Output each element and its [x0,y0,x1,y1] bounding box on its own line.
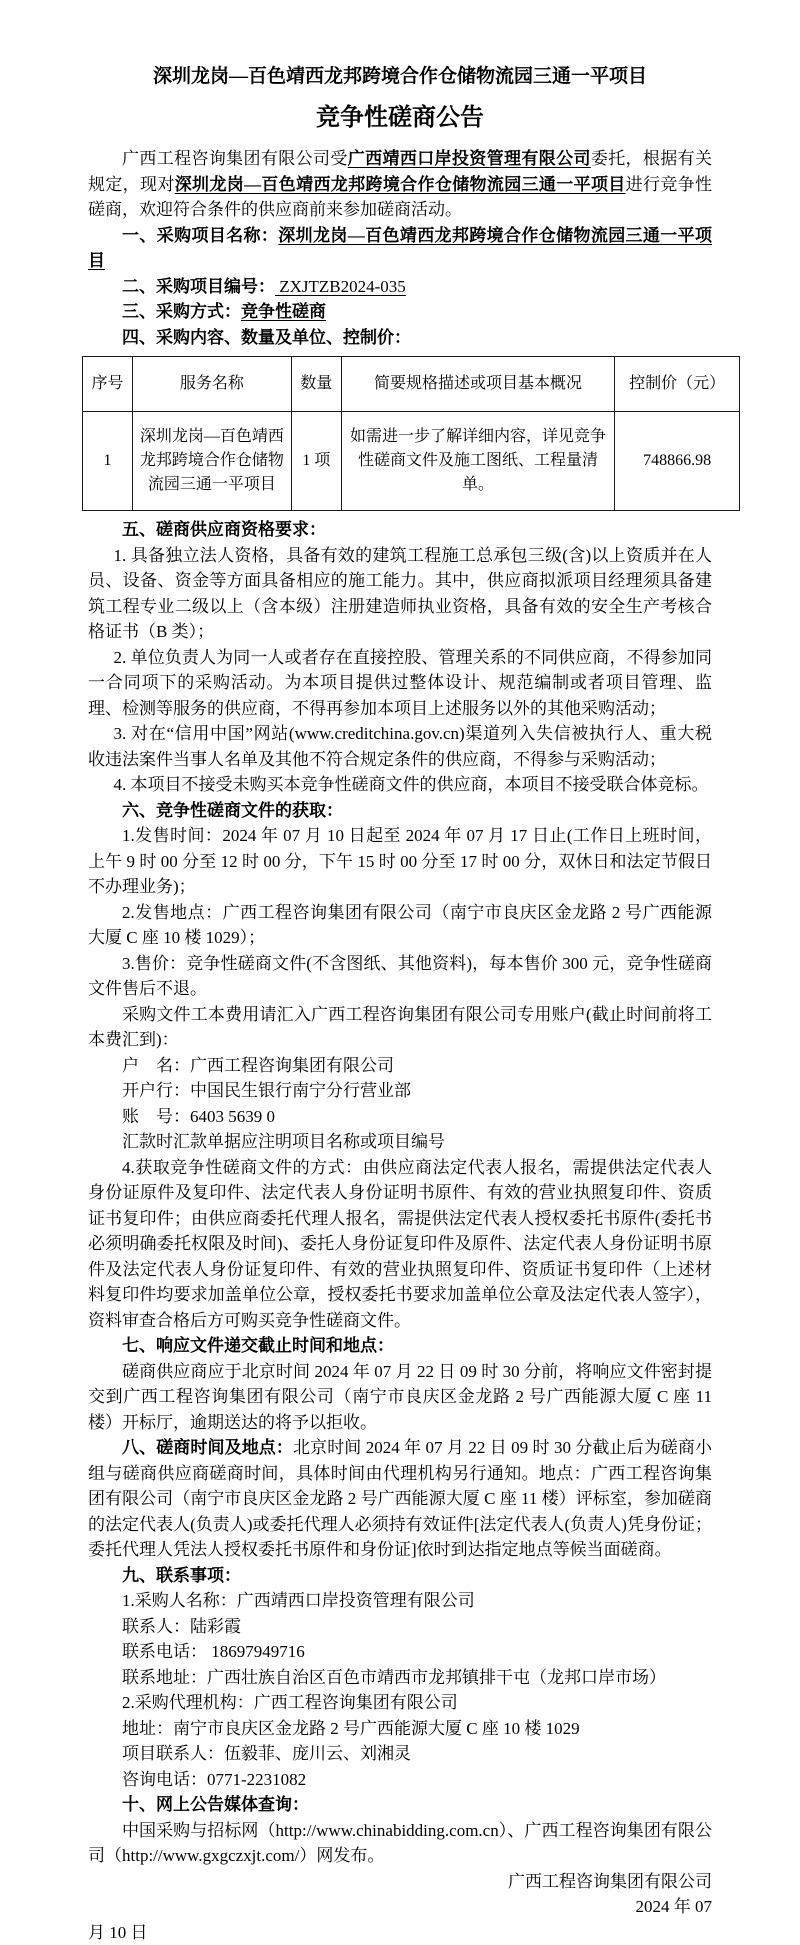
section-2-value: ZXJTZB2024-035 [275,277,406,296]
col-header-service-name: 服务名称 [132,357,291,412]
section-6-obtain-method: 4.获取竞争性磋商文件的方式：由供应商法定代表人报名，需提供法定代表人身份证原件… [88,1155,712,1334]
intro-paragraph: 广西工程咨询集团有限公司受广西靖西口岸投资管理有限公司委托，根据有关规定，现对深… [88,146,712,223]
contact-address-line: 联系地址：广西壮族自治区百色市靖西市龙邦镇排干屯（龙邦口岸市场） [88,1665,712,1691]
section-6-sale-place: 2.发售地点：广西工程咨询集团有限公司（南宁市良庆区金龙路 2 号广西能源大厦 … [88,900,712,951]
section-6-fee-note: 采购文件工本费用请汇入广西工程咨询集团有限公司专用账户(截止时间前将工本费汇到)… [88,1002,712,1053]
bank-name: 开户行：中国民生银行南宁分行营业部 [88,1078,712,1104]
col-header-seq: 序号 [83,357,133,412]
intro-project-name: 深圳龙岗—百色靖西龙邦跨境合作仓储物流园三通一平项目 [175,175,626,194]
bank-account-number: 账 号：6403 5639 0 [88,1104,712,1130]
section-2-project-number: 二、采购项目编号： ZXJTZB2024-035 [88,274,712,300]
cell-seq: 1 [83,412,133,511]
bank-account-name: 户 名：广西工程咨询集团有限公司 [88,1053,712,1079]
doc-title-project: 深圳龙岗—百色靖西龙邦跨境合作仓储物流园三通一平项目 [88,62,712,92]
table-row: 1 深圳龙岗—百色靖西龙邦跨境合作仓储物流园三通一平项目 1 项 如需进一步了解… [83,412,740,511]
col-header-control-price: 控制价（元） [615,357,740,412]
section-3-label: 三、采购方式： [122,302,241,321]
contact-phone-line: 联系电话： 18697949716 [88,1639,712,1665]
section-5-item-3: 3. 对在“信用中国”网站(www.creditchina.gov.cn)渠道列… [88,721,712,772]
section-5-heading: 五、磋商供应商资格要求： [88,517,712,543]
footer-date-bottom: 月 10 日 [88,1920,712,1945]
announcement-document: 深圳龙岗—百色靖西龙邦跨境合作仓储物流园三通一平项目 竞争性磋商公告 广西工程咨… [0,0,800,1762]
intro-agency-text: 广西工程咨询集团有限公司受 [122,149,348,168]
section-5-item-4: 4. 本项目不接受未购买本竞争性磋商文件的供应商，本项目不接受联合体竞标。 [88,772,712,798]
section-3-value: 竞争性磋商 [241,302,326,321]
section-1-label: 一、采购项目名称： [122,226,278,245]
section-10-heading: 十、网上公告媒体查询： [88,1792,712,1818]
agency-address-line: 地址：南宁市良庆区金龙路 2 号广西能源大厦 C 座 10 楼 1029 [88,1716,712,1742]
footer-date-top: 2024 年 07 [88,1894,712,1920]
section-8-heading: 八、磋商时间及地点： [122,1438,293,1457]
section-6-price: 3.售价：竞争性磋商文件(不含图纸、其他资料)，每本售价 300 元，竞争性磋商… [88,951,712,1002]
section-6-sale-time: 1.发售时间：2024 年 07 月 10 日起至 2024 年 07 月 17… [88,823,712,900]
section-2-label: 二、采购项目编号： [122,277,275,296]
section-7-heading: 七、响应文件递交截止时间和地点： [88,1333,712,1359]
project-contacts-line: 项目联系人：伍毅菲、庞川云、刘湘灵 [88,1741,712,1767]
section-5-item-2: 2. 单位负责人为同一人或者存在直接控股、管理关系的不同供应商，不得参加同一合同… [88,645,712,722]
section-4-heading: 四、采购内容、数量及单位、控制价： [88,325,712,351]
remit-note: 汇款时汇款单据应注明项目名称或项目编号 [88,1129,712,1155]
section-5-item-1: 1. 具备独立法人资格，具备有效的建筑工程施工总承包三级(含)以上资质并在人员、… [88,543,712,645]
cell-service-name: 深圳龙岗—百色靖西龙邦跨境合作仓储物流园三通一平项目 [132,412,291,511]
cell-control-price: 748866.98 [615,412,740,511]
cell-quantity: 1 项 [291,412,341,511]
footer-organization: 广西工程咨询集团有限公司 [88,1869,712,1895]
doc-title-announcement: 竞争性磋商公告 [88,98,712,138]
intro-client-name: 广西靖西口岸投资管理有限公司 [348,149,591,168]
col-header-description: 简要规格描述或项目基本概况 [341,357,614,412]
section-10-body: 中国采购与招标网（http://www.chinabidding.com.cn）… [88,1818,712,1869]
inquiry-phone-line: 咨询电话：0771-2231082 [88,1767,712,1793]
section-3-procurement-method: 三、采购方式：竞争性磋商 [88,299,712,325]
cell-description: 如需进一步了解详细内容，详见竞争性磋商文件及施工图纸、工程量清单。 [341,412,614,511]
section-6-heading: 六、竞争性磋商文件的获取： [88,798,712,824]
contact-person-line: 联系人：陆彩霞 [88,1614,712,1640]
purchaser-name-line: 1.采购人名称：广西靖西口岸投资管理有限公司 [88,1588,712,1614]
agency-name-line: 2.采购代理机构：广西工程咨询集团有限公司 [88,1690,712,1716]
col-header-quantity: 数量 [291,357,341,412]
section-8-paragraph: 八、磋商时间及地点：北京时间 2024 年 07 月 22 日 09 时 30 … [88,1435,712,1563]
table-header-row: 序号 服务名称 数量 简要规格描述或项目基本概况 控制价（元） [83,357,740,412]
section-9-heading: 九、联系事项： [88,1563,712,1589]
section-7-body: 磋商供应商应于北京时间 2024 年 07 月 22 日 09 时 30 分前，… [88,1359,712,1436]
procurement-table: 序号 服务名称 数量 简要规格描述或项目基本概况 控制价（元） 1 深圳龙岗—百… [82,356,740,511]
section-1-project-name: 一、采购项目名称：深圳龙岗—百色靖西龙邦跨境合作仓储物流园三通一平项目 [88,223,712,274]
